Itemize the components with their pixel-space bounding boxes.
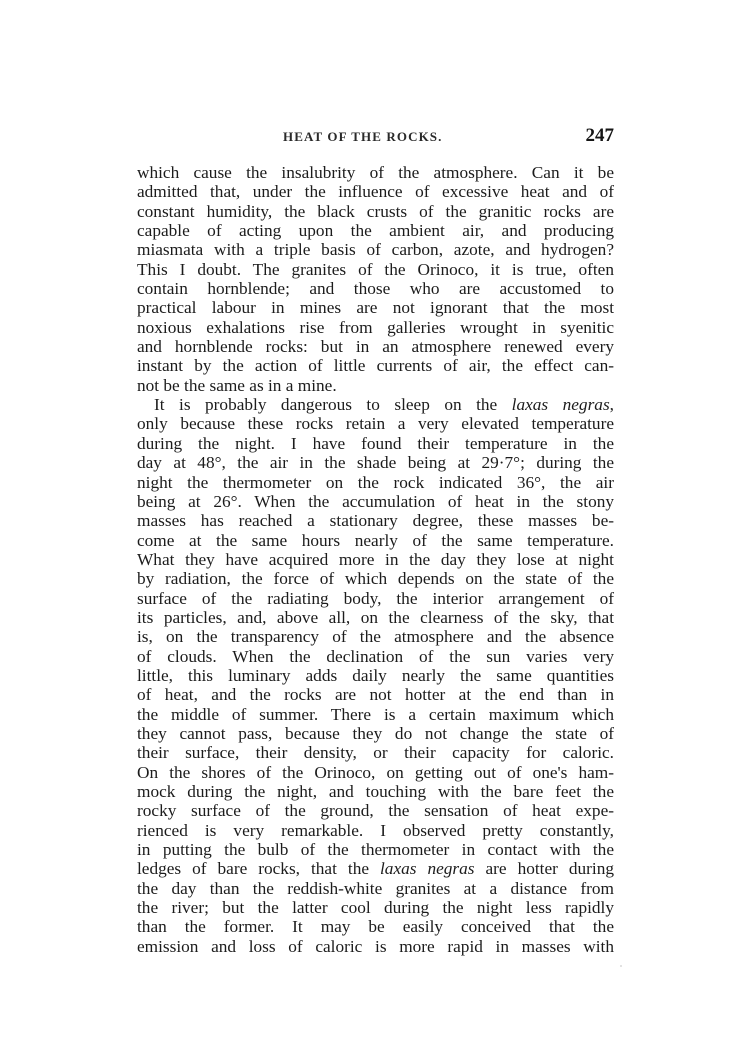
text-line: is, on the transparency of the atmospher… <box>137 627 614 646</box>
italic-term: laxas negras <box>512 395 610 414</box>
text-line: This I doubt. The granites of the Orinoc… <box>137 260 614 279</box>
text-line: and hornblende rocks: but in an atmosphe… <box>137 337 614 356</box>
text-line: emission and loss of caloric is more rap… <box>137 937 614 956</box>
text-line: which cause the insalubrity of the atmos… <box>137 163 614 182</box>
text-line: only because these rocks retain a very e… <box>137 414 614 433</box>
text-line: than the former. It may be easily concei… <box>137 917 614 936</box>
text-segment: , <box>610 395 614 414</box>
text-line: It is probably dangerous to sleep on the… <box>137 395 614 414</box>
text-line: ledges of bare rocks, that the laxas neg… <box>137 859 614 878</box>
text-line: night the thermometer on the rock indica… <box>137 473 614 492</box>
text-line: noxious exhalations rise from galleries … <box>137 318 614 337</box>
text-line: capable of acting upon the ambient air, … <box>137 221 614 240</box>
text-segment: ledges of bare rocks, that the <box>137 859 380 878</box>
text-line: being at 26°. When the accumulation of h… <box>137 492 614 511</box>
italic-term: laxas negras <box>380 859 475 878</box>
text-line: rienced is very remarkable. I observed p… <box>137 821 614 840</box>
text-line: by radiation, the force of which depends… <box>137 569 614 588</box>
text-line: not be the same as in a mine. <box>137 376 614 395</box>
text-line: the river; but the latter cool during th… <box>137 898 614 917</box>
text-line: come at the same hours nearly of the sam… <box>137 531 614 550</box>
running-head: HEAT OF THE ROCKS. 247 <box>137 127 614 149</box>
text-line: of heat, and the rocks are not hotter at… <box>137 685 614 704</box>
running-title: HEAT OF THE ROCKS. <box>283 129 442 145</box>
text-line: they cannot pass, because they do not ch… <box>137 724 614 743</box>
text-line: during the night. I have found their tem… <box>137 434 614 453</box>
text-line: in putting the bulb of the thermometer i… <box>137 840 614 859</box>
text-line: of clouds. When the declination of the s… <box>137 647 614 666</box>
text-segment: It is probably dangerous to sleep on the <box>154 395 512 414</box>
text-line: day at 48°, the air in the shade being a… <box>137 453 614 472</box>
text-line: What they have acquired more in the day … <box>137 550 614 569</box>
text-line: rocky surface of the ground, the sensati… <box>137 801 614 820</box>
text-line: little, this luminary adds daily nearly … <box>137 666 614 685</box>
text-line: practical labour in mines are not ignora… <box>137 298 614 317</box>
page-number: 247 <box>586 125 615 147</box>
text-line: miasmata with a triple basis of carbon, … <box>137 240 614 259</box>
text-line: admitted that, under the influence of ex… <box>137 182 614 201</box>
text-line: their surface, their density, or their c… <box>137 743 614 762</box>
text-line: instant by the action of little currents… <box>137 356 614 375</box>
text-line: surface of the radiating body, the inter… <box>137 589 614 608</box>
text-line: constant humidity, the black crusts of t… <box>137 202 614 221</box>
text-line: mock during the night, and touching with… <box>137 782 614 801</box>
text-line: the day than the reddish-white granites … <box>137 879 614 898</box>
scan-speck <box>620 965 622 967</box>
book-page: HEAT OF THE ROCKS. 247 which cause the i… <box>0 0 750 1050</box>
text-line: its particles, and, above all, on the cl… <box>137 608 614 627</box>
text-segment: are hotter during <box>475 859 615 878</box>
text-line: contain hornblende; and those who are ac… <box>137 279 614 298</box>
text-line: masses has reached a stationary degree, … <box>137 511 614 530</box>
text-line: the middle of summer. There is a certain… <box>137 705 614 724</box>
body-text: which cause the insalubrity of the atmos… <box>137 163 614 956</box>
text-line: On the shores of the Orinoco, on getting… <box>137 763 614 782</box>
